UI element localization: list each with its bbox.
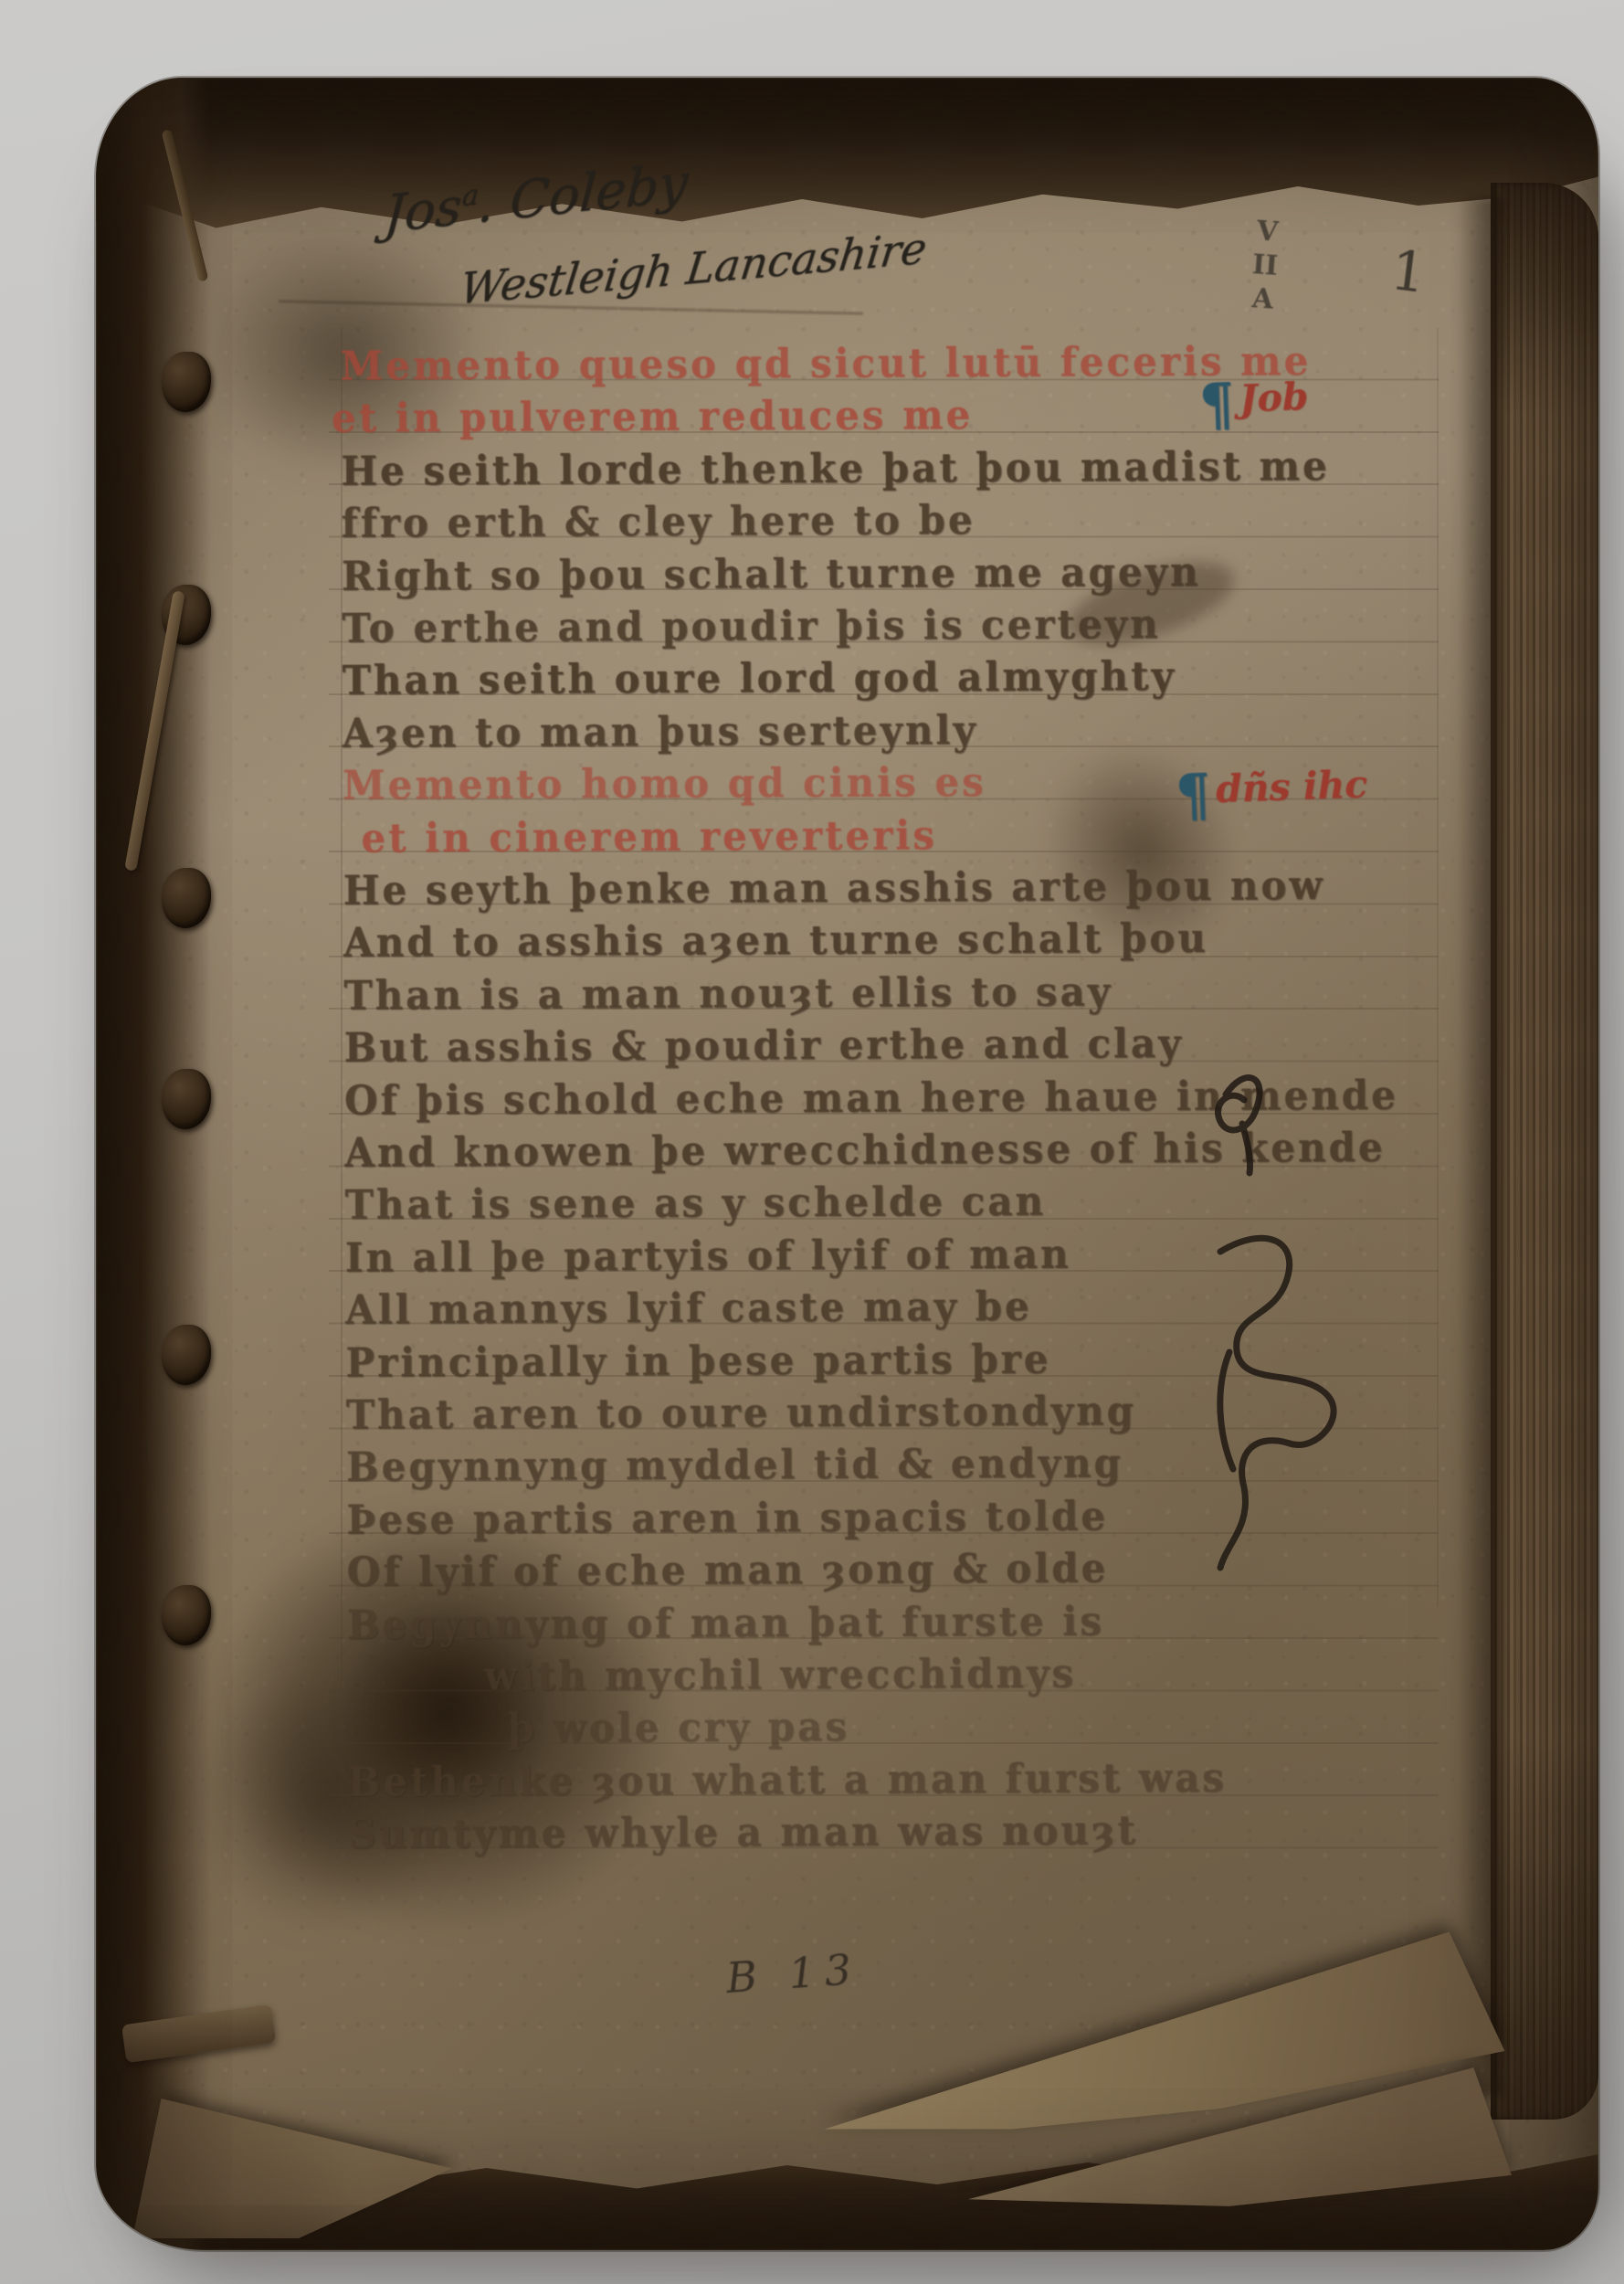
manuscript-photograph: Josa. Coleby Westleigh Lancashire VIIA 1… xyxy=(0,0,1624,2284)
manuscript-book: Josa. Coleby Westleigh Lancashire VIIA 1… xyxy=(96,78,1598,2250)
edge-vignette xyxy=(96,78,1598,2250)
